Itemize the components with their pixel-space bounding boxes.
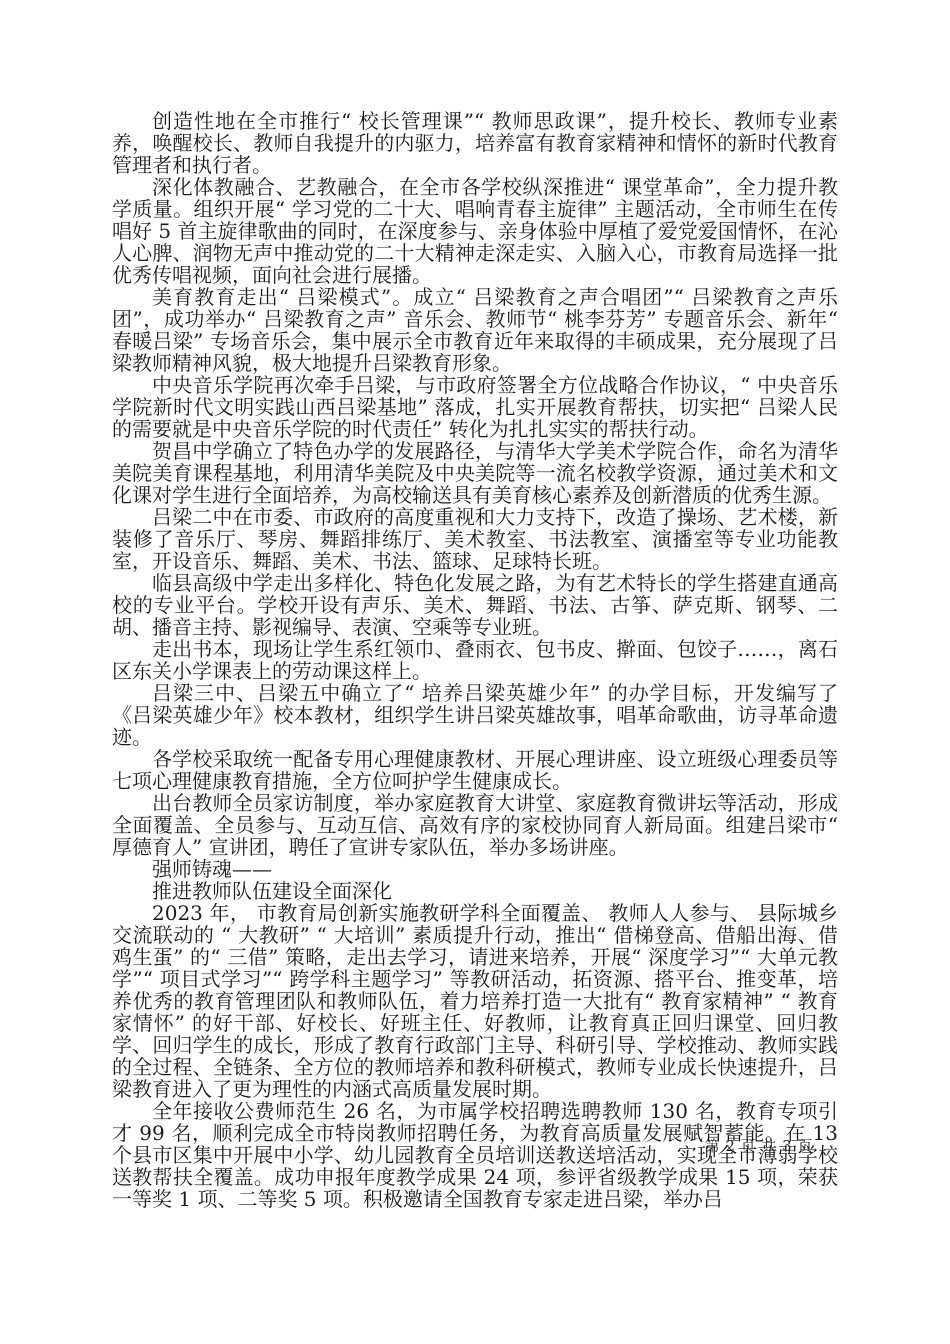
document-body: 创造性地在全市推行“ 校长管理课”“ 教师思政课”，提升校长、教师专业素养，唤醒… (112, 110, 838, 1210)
paragraph: 中央音乐学院再次牵手吕梁，与市政府签署全方位战略合作协议，“ 中央音乐学院新时代… (112, 374, 838, 440)
paragraph: 走出书本，现场让学生系红领巾、叠雨衣、包书皮、擀面、包饺子……，离石区东关小学课… (112, 638, 838, 682)
paragraph: 深化体教融合、艺教融合，在全市各学校纵深推进“ 课堂革命”，全力提升教学质量。组… (112, 176, 838, 286)
page-number-label: 第 2 页 共 3 页 (705, 1137, 813, 1155)
paragraph: 临县高级中学走出多样化、特色化发展之路，为有艺术特长的学生搭建直通高校的专业平台… (112, 572, 838, 638)
paragraph: 创造性地在全市推行“ 校长管理课”“ 教师思政课”，提升校长、教师专业素养，唤醒… (112, 110, 838, 176)
paragraph: 贺昌中学确立了特色办学的发展路径，与清华大学美术学院合作，命名为清华美院美育课程… (112, 440, 838, 506)
paragraph: 推进教师队伍建设全面深化 (112, 880, 838, 902)
paragraph: 强师铸魂—— (112, 858, 838, 880)
paragraph: 吕梁三中、吕梁五中确立了“ 培养吕梁英雄少年” 的办学目标，开发编写了《吕梁英雄… (112, 682, 838, 748)
paragraph: 2023 年， 市教育局创新实施教研学科全面覆盖、 教师人人参与、 县际城乡交流… (112, 902, 838, 1100)
paragraph: 出台教师全员家访制度，举办家庭教育大讲堂、家庭教育微讲坛等活动，形成全面覆盖、全… (112, 792, 838, 858)
document-page: 创造性地在全市推行“ 校长管理课”“ 教师思政课”，提升校长、教师专业素养，唤醒… (0, 0, 950, 1344)
paragraph: 吕梁二中在市委、市政府的高度重视和大力支持下，改造了操场、艺术楼，新装修了音乐厅… (112, 506, 838, 572)
page-footer: 第 2 页 共 3 页 (705, 1136, 813, 1156)
paragraph: 各学校采取统一配备专用心理健康教材、开展心理讲座、设立班级心理委员等七项心理健康… (112, 748, 838, 792)
paragraph: 美育教育走出“ 吕梁模式”。成立“ 吕梁教育之声合唱团”“ 吕梁教育之声乐团”，… (112, 286, 838, 374)
